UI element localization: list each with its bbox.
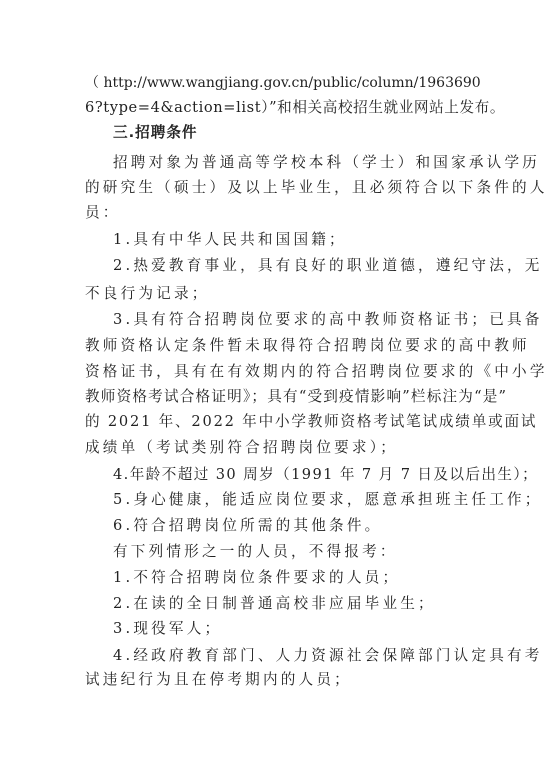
condition-3-line-4: 教师资格考试合格证明》；具有“受到疫情影响”栏标注为“是” [85,387,469,407]
intro-paragraph-line-3: 员： [85,203,469,223]
exclusion-intro: 有下列情形之一的人员，不得报考： [113,542,469,562]
condition-5: 5.身心健康，能适应岗位要求，愿意承担班主任工作； [113,490,469,510]
condition-3-line-6: 成绩单（考试类别符合招聘岗位要求）； [85,438,469,458]
intro-paragraph-line-1: 招聘对象为普通高等学校本科（学士）和国家承认学历 [113,153,469,173]
condition-2-line-2: 不良行为记录； [85,284,469,304]
exclusion-3: 3.现役军人； [113,619,469,639]
condition-3-line-2: 教师资格认定条件暂未取得符合招聘岗位要求的高中教师 [85,336,469,356]
condition-1: 1.具有中华人民共和国国籍； [113,230,469,250]
condition-3-line-3: 资格证书，具有在有效期内的符合招聘岗位要求的《中小学 [85,362,469,382]
section-heading: 三.招聘条件 [113,123,469,143]
condition-4: 4.年龄不超过 30 周岁（1991 年 7 月 7 日及以后出生）； [113,465,469,485]
condition-3-line-5: 的 2021 年、2022 年中小学教师资格考试笔试成绩单或面试 [85,412,469,432]
url-line-1: （ http://www.wangjiang.gov.cn/public/col… [85,73,469,93]
exclusion-4-line-2: 试违纪行为且在停考期内的人员； [85,670,469,690]
condition-2-line-1: 2.热爱教育事业，具有良好的职业道德，遵纪守法，无 [113,256,469,276]
condition-3-line-1: 3.具有符合招聘岗位要求的高中教师资格证书；已具备 [113,310,469,330]
intro-paragraph-line-2: 的研究生（硕士）及以上毕业生，且必须符合以下条件的人 [85,178,469,198]
exclusion-2: 2.在读的全日制普通高校非应届毕业生； [113,594,469,614]
exclusion-1: 1.不符合招聘岗位条件要求的人员； [113,568,469,588]
exclusion-4-line-1: 4.经政府教育部门、人力资源社会保障部门认定具有考 [113,646,469,666]
url-line-2: 6?type=4&action=list）”和相关高校招生就业网站上发布。 [85,98,469,118]
document-page: （ http://www.wangjiang.gov.cn/public/col… [0,0,548,775]
condition-6: 6.符合招聘岗位所需的其他条件。 [113,516,469,536]
